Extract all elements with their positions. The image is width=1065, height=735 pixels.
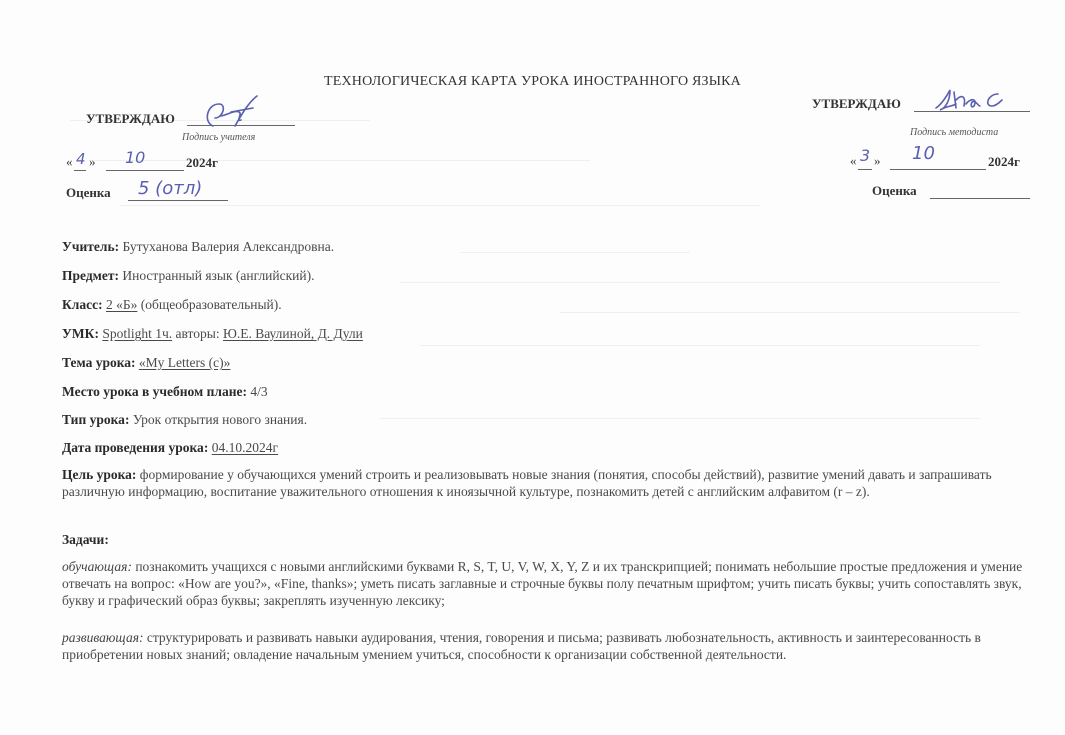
- date-day: 3: [860, 146, 870, 165]
- info-class: Класс: 2 «Б» (общеобразовательный).: [62, 297, 282, 313]
- info-subject: Предмет: Иностранный язык (английский).: [62, 268, 315, 284]
- info-date: Дата проведения урока: 04.10.2024г: [62, 440, 278, 456]
- task-item: обучающая: познакомить учащихся с новыми…: [62, 558, 1037, 609]
- date-month: 10: [125, 148, 145, 167]
- info-teacher: Учитель: Бутуханова Валерия Александровн…: [62, 239, 334, 255]
- document-title: ТЕХНОЛОГИЧЕСКАЯ КАРТА УРОКА ИНОСТРАННОГО…: [0, 74, 1065, 90]
- signature-caption: Подпись методиста: [910, 127, 998, 138]
- grade-label: Оценка: [872, 183, 917, 199]
- signature-icon: [195, 92, 265, 132]
- grade-value: 5 (отл): [138, 178, 202, 199]
- lesson-goal: Цель урока: формирование у обучающихся у…: [62, 466, 1037, 500]
- info-umk: УМК: Spotlight 1ч. авторы: Ю.Е. Ваулиной…: [62, 326, 363, 342]
- date-year: 2024г: [186, 155, 218, 171]
- grade-label: Оценка: [66, 185, 111, 201]
- info-type: Тип урока: Урок открытия нового знания.: [62, 412, 307, 428]
- signature-caption: Подпись учителя: [182, 132, 255, 143]
- date-day: 4: [76, 150, 86, 168]
- date-year: 2024г: [988, 154, 1020, 170]
- task-item: развивающая: структурировать и развивать…: [62, 629, 1037, 663]
- info-topic: Тема урока: «My Letters (c)»: [62, 355, 230, 371]
- approve-label: УТВЕРЖДАЮ: [86, 111, 175, 127]
- signature-icon: [932, 86, 1032, 116]
- approve-label: УТВЕРЖДАЮ: [812, 96, 901, 112]
- tasks-heading: Задачи:: [62, 532, 109, 548]
- info-place: Место урока в учебном плане: 4/3: [62, 384, 268, 400]
- date-month: 10: [912, 143, 935, 164]
